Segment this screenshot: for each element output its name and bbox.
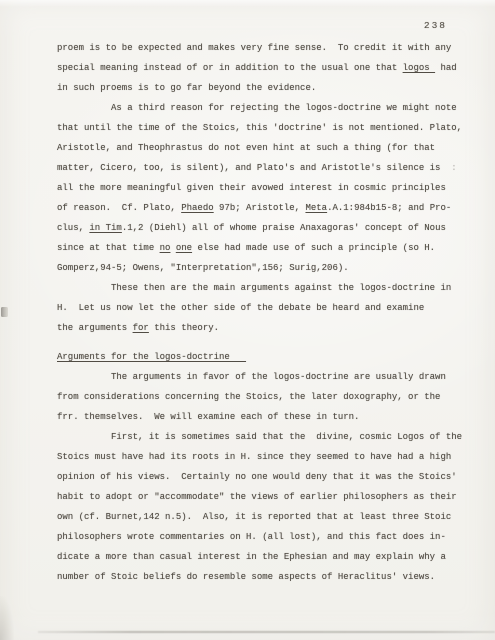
text-line: number of Stoic beliefs do resemble some… [57,567,472,587]
scan-artifact-bottom-left [0,596,14,640]
text-line: As a third reason for rejecting the logo… [57,98,472,118]
text-line: since at that time no one else had made … [57,238,472,258]
text-line: the arguments for this theory. [57,318,472,338]
scan-top-edge [0,0,495,7]
text-line: special meaning instead of or in additio… [57,58,472,78]
text-line: matter, Cicero, too, is silent), and Pla… [57,158,472,178]
text-line: First, it is sometimes said that the div… [57,427,472,447]
scanned-page: 238 proem is to be expected and makes ve… [0,0,495,640]
text-line: own (cf. Burnet,142 n.5). Also, it is re… [57,507,472,527]
text-line: opinion of his views. Certainly no one w… [57,467,472,487]
text-line: clus, in Tim.1,2 (Diehl) all of whome pr… [57,218,472,238]
text-line: in such proems is to go far beyond the e… [57,78,472,98]
text-line: Aristotle, and Theophrastus do not even … [57,138,472,158]
text-line: H. Let us now let the other side of the … [57,298,472,318]
text-line: dicate a more than casual interest in th… [57,547,472,567]
page-number: 238 [424,20,447,31]
text-line: These then are the main arguments agains… [57,278,472,298]
page-lines: proem is to be expected and makes very f… [57,38,472,587]
scan-artifact-left-edge [1,307,8,317]
text-line: Gomperz,94-5; Owens, "Interpretation",15… [57,258,472,278]
text-line: that until the time of the Stoics, this … [57,118,472,138]
text-line: Stoics must have had its roots in H. sin… [57,447,472,467]
text-line: The arguments in favor of the logos-doct… [57,367,472,387]
text-line: all the more meaningful given their avow… [57,178,472,198]
scan-artifact-bottom-line [38,631,495,633]
text-line: habit to adopt or "accommodate" the view… [57,487,472,507]
section-heading: Arguments for the logos-doctrine [57,347,472,367]
text-line: from considerations concerning the Stoic… [57,387,472,407]
text-line: proem is to be expected and makes very f… [57,38,472,58]
text-line: philosophers wrote commentaries on H. (a… [57,527,472,547]
text-line: frr. themselves. We will examine each of… [57,407,472,427]
text-line: of reason. Cf. Plato, Phaedo 97b; Aristo… [57,198,472,218]
